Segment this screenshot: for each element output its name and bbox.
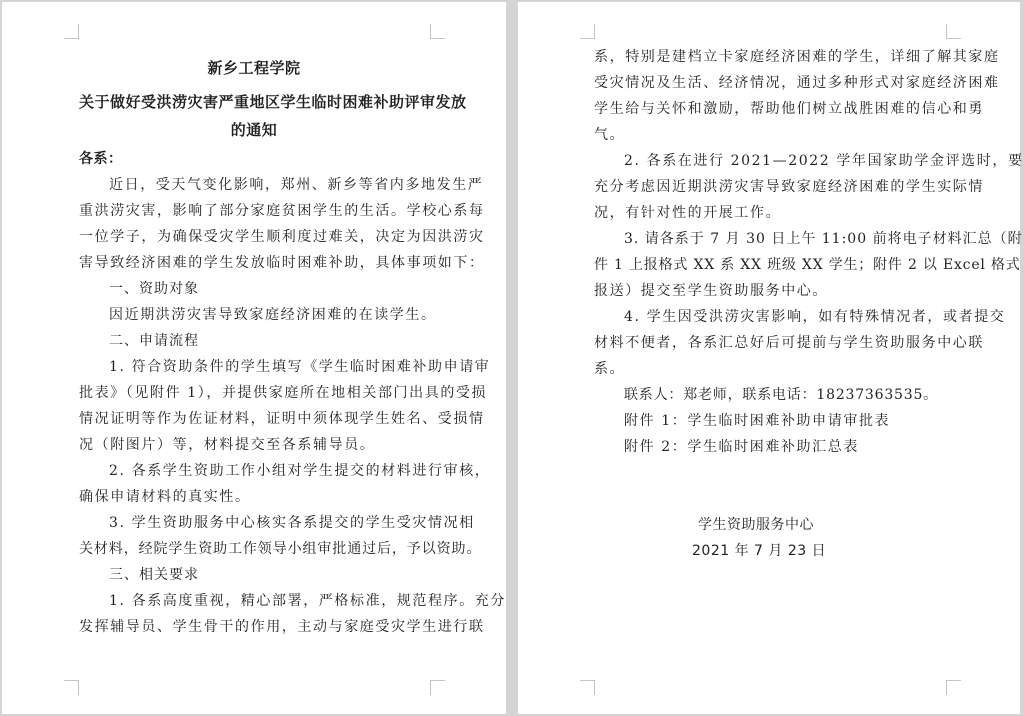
attachment-2: 附件 2：学生临时困难补助汇总表 bbox=[594, 434, 946, 460]
paragraph-line: 因近期洪涝灾害导致家庭经济困难的在读学生。 bbox=[79, 302, 429, 328]
document-title-line-1: 关于做好受洪涝灾害严重地区学生临时困难补助评审发放 bbox=[79, 88, 429, 116]
page-1-content: 新乡工程学院 关于做好受洪涝灾害严重地区学生临时困难补助评审发放 的通知 各系：… bbox=[79, 2, 429, 640]
page-2-content: 系，特别是建档立卡家庭经济困难的学生，详细了解其家庭 受灾情况及生活、经济情况，… bbox=[594, 2, 946, 564]
paragraph-line: 3. 请各系于 7 月 30 日上午 11:00 前将电子材料汇总（附 bbox=[594, 226, 946, 252]
paragraph-line: 系，特别是建档立卡家庭经济困难的学生，详细了解其家庭 bbox=[594, 44, 946, 70]
paragraph-line: 2. 各系学生资助工作小组对学生提交的材料进行审核， bbox=[79, 458, 429, 484]
paragraph-line: 受灾情况及生活、经济情况，通过多种形式对家庭经济困难 bbox=[594, 70, 946, 96]
signature-date: 2021 年 7 月 23 日 bbox=[594, 538, 946, 564]
paragraph-line: 近日，受天气变化影响，郑州、新乡等省内多地发生严 bbox=[79, 172, 429, 198]
paragraph-line: 2. 各系在进行 2021—2022 学年国家助学金评选时，要 bbox=[594, 148, 946, 174]
contact-info: 联系人：郑老师，联系电话：18237363535。 bbox=[594, 382, 946, 408]
signature-organization: 学生资助服务中心 bbox=[594, 512, 946, 538]
salutation: 各系： bbox=[79, 146, 429, 172]
margin-corner-mark bbox=[64, 680, 79, 695]
margin-corner-mark bbox=[430, 680, 445, 695]
section-heading-requirements: 三、相关要求 bbox=[79, 562, 429, 588]
paragraph-line: 4. 学生因受洪涝灾害影响，如有特殊情况者，或者提交 bbox=[594, 304, 946, 330]
paragraph-line: 况（附图片）等，材料提交至各系辅导员。 bbox=[79, 432, 429, 458]
paragraph-line: 况，有针对性的开展工作。 bbox=[594, 200, 946, 226]
paragraph-line: 重洪涝灾害，影响了部分家庭贫困学生的生活。学校心系每 bbox=[79, 198, 429, 224]
margin-corner-mark bbox=[580, 680, 595, 695]
paragraph-line: 3. 学生资助服务中心核实各系提交的学生受灾情况相 bbox=[79, 510, 429, 536]
paragraph-line: 害导致经济困难的学生发放临时困难补助，具体事项如下： bbox=[79, 250, 429, 276]
paragraph-line: 件 1 上报格式 XX 系 XX 班级 XX 学生；附件 2 以 Excel 格… bbox=[594, 252, 946, 278]
paragraph-line: 充分考虑因近期洪涝灾害导致家庭经济困难的学生实际情 bbox=[594, 174, 946, 200]
paragraph-line: 关材料，经院学生资助工作领导小组审批通过后，予以资助。 bbox=[79, 536, 429, 562]
paragraph-line: 系。 bbox=[594, 356, 946, 382]
section-heading-funding-target: 一、资助对象 bbox=[79, 276, 429, 302]
attachment-1: 附件 1：学生临时困难补助申请审批表 bbox=[594, 408, 946, 434]
paragraph-line: 1. 各系高度重视，精心部署，严格标准，规范程序。充分 bbox=[79, 588, 429, 614]
document-page-2: 系，特别是建档立卡家庭经济困难的学生，详细了解其家庭 受灾情况及生活、经济情况，… bbox=[518, 2, 1020, 714]
paragraph-line: 批表》（见附件 1），并提供家庭所在地相关部门出具的受损 bbox=[79, 380, 429, 406]
margin-corner-mark bbox=[64, 24, 79, 39]
paragraph-line: 发挥辅导员、学生骨干的作用，主动与家庭受灾学生进行联 bbox=[79, 614, 429, 640]
paragraph-line: 学生给与关怀和激励，帮助他们树立战胜困难的信心和勇 bbox=[594, 96, 946, 122]
paragraph-line: 气。 bbox=[594, 122, 946, 148]
document-page-1: 新乡工程学院 关于做好受洪涝灾害严重地区学生临时困难补助评审发放 的通知 各系：… bbox=[2, 2, 506, 714]
institution-name: 新乡工程学院 bbox=[79, 54, 429, 82]
paragraph-line: 情况证明等作为佐证材料，证明中须体现学生姓名、受损情 bbox=[79, 406, 429, 432]
paragraph-line: 报送）提交至学生资助服务中心。 bbox=[594, 278, 946, 304]
paragraph-line: 确保申请材料的真实性。 bbox=[79, 484, 429, 510]
margin-corner-mark bbox=[430, 24, 445, 39]
section-heading-application-process: 二、申请流程 bbox=[79, 328, 429, 354]
margin-corner-mark bbox=[946, 24, 961, 39]
paragraph-line: 一位学子，为确保受灾学生顺利度过难关，决定为因洪涝灾 bbox=[79, 224, 429, 250]
document-title-line-2: 的通知 bbox=[79, 116, 429, 144]
paragraph-line: 材料不便者，各系汇总好后可提前与学生资助服务中心联 bbox=[594, 330, 946, 356]
margin-corner-mark bbox=[580, 24, 595, 39]
paragraph-line: 1. 符合资助条件的学生填写《学生临时困难补助申请审 bbox=[79, 354, 429, 380]
margin-corner-mark bbox=[946, 680, 961, 695]
